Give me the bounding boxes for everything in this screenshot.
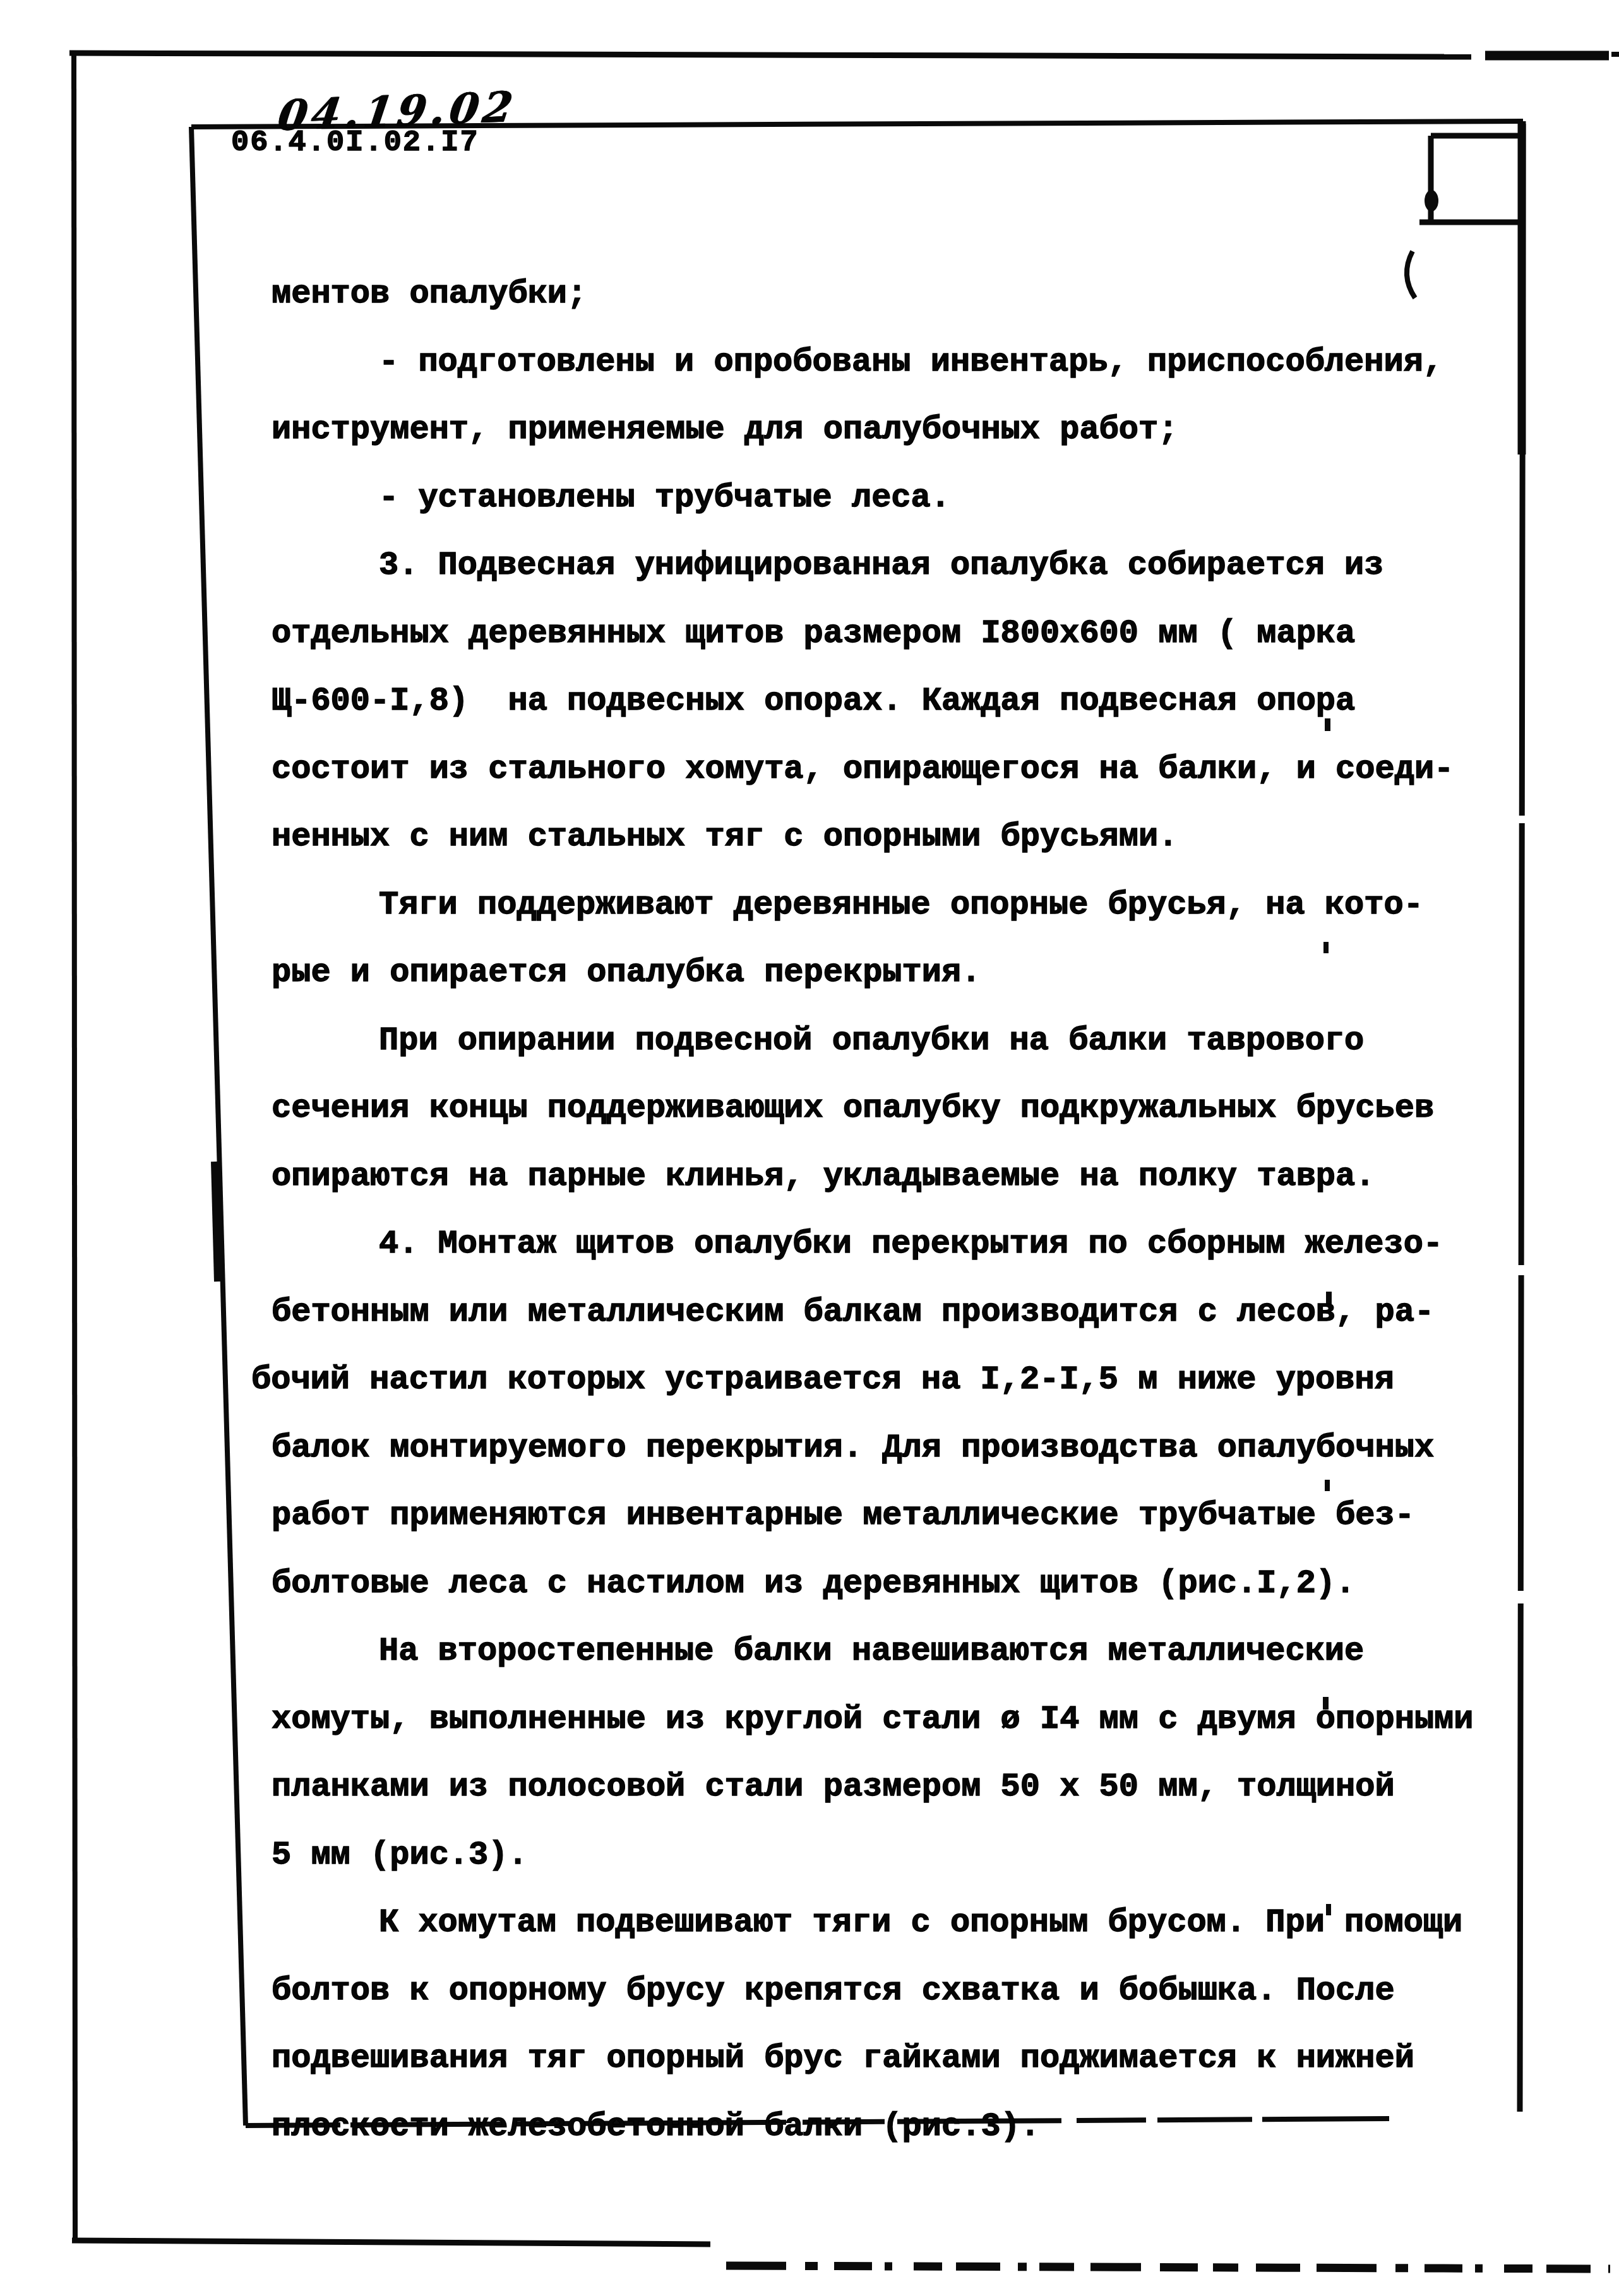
text-line-12: При опирании подвесной опалубки на балки…: [272, 1007, 1509, 1075]
inner-frame-left-ink-thickening: [215, 1162, 218, 1282]
text-line-23: планками из полосовой стали размером 50 …: [272, 1753, 1509, 1821]
text-line-28: плоскости железобетонной балки (рис.3).: [272, 2093, 1509, 2161]
text-line-27: подвешивания тяг опорный брус гайками по…: [272, 2025, 1509, 2093]
text-line-7: Щ-600-I,8) на подвесных опорах. Каждая п…: [272, 667, 1509, 735]
text-line-5: 3. Подвесная унифицированная опалубка со…: [272, 532, 1509, 600]
text-line-11: рые и опирается опалубка перекрытия.: [272, 939, 1509, 1007]
text-line-17: бочий настил которых устраивается на I,2…: [251, 1346, 1509, 1414]
outer-border-bottom: [72, 2240, 710, 2244]
text-line-2: - подготовлены и опробованы инвентарь, п…: [272, 328, 1509, 396]
text-line-1: ментов опалубки;: [272, 260, 1509, 328]
text-line-3: инструмент, применяемые для опалубочных …: [272, 396, 1509, 464]
text-line-24: 5 мм (рис.3).: [272, 1821, 1509, 1889]
text-line-16: бетонным или металлическим балкам произв…: [272, 1278, 1509, 1347]
document-body: ментов опалубки;- подготовлены и опробов…: [272, 260, 1509, 2160]
text-line-22: хомуты, выполненные из круглой стали ø I…: [272, 1686, 1509, 1754]
ink-blob: [1425, 190, 1438, 211]
text-line-26: болтов к опорному брусу крепятся схватка…: [272, 1957, 1509, 2025]
text-line-10: Тяги поддерживают деревянные опорные бру…: [272, 871, 1509, 939]
outer-border-left: [74, 51, 75, 2242]
inner-frame-left: [191, 127, 246, 2126]
document-number: 06.4.0I.02.I7: [231, 126, 479, 160]
text-line-14: опираются на парные клинья, укладываемые…: [272, 1143, 1509, 1211]
outer-border-bottom-dashes: [726, 2266, 1610, 2269]
scanned-page: 04.19.02 06.4.0I.02.I7 ментов опалубки;-…: [0, 0, 1619, 2296]
text-line-19: работ применяются инвентарные металличес…: [272, 1482, 1509, 1550]
text-line-6: отдельных деревянных щитов размером I800…: [272, 600, 1509, 668]
text-line-9: ненных с ним стальных тяг с опорными бру…: [272, 803, 1509, 871]
text-line-18: балок монтируемого перекрытия. Для произ…: [272, 1414, 1509, 1482]
text-line-20: болтовые леса с настилом из деревянных щ…: [272, 1550, 1509, 1618]
outer-border-top: [69, 53, 1471, 57]
text-line-13: сечения концы поддерживающих опалубку по…: [272, 1074, 1509, 1143]
text-line-8: состоит из стального хомута, опирающегос…: [272, 735, 1509, 804]
text-line-4: - установлены трубчатые леса.: [272, 464, 1509, 532]
text-line-15: 4. Монтаж щитов опалубки перекрытия по с…: [272, 1210, 1509, 1278]
text-line-25: К хомутам подвешивают тяги с опорным бру…: [272, 1889, 1509, 1957]
text-line-21: На второстепенные балки навешиваются мет…: [272, 1617, 1509, 1686]
